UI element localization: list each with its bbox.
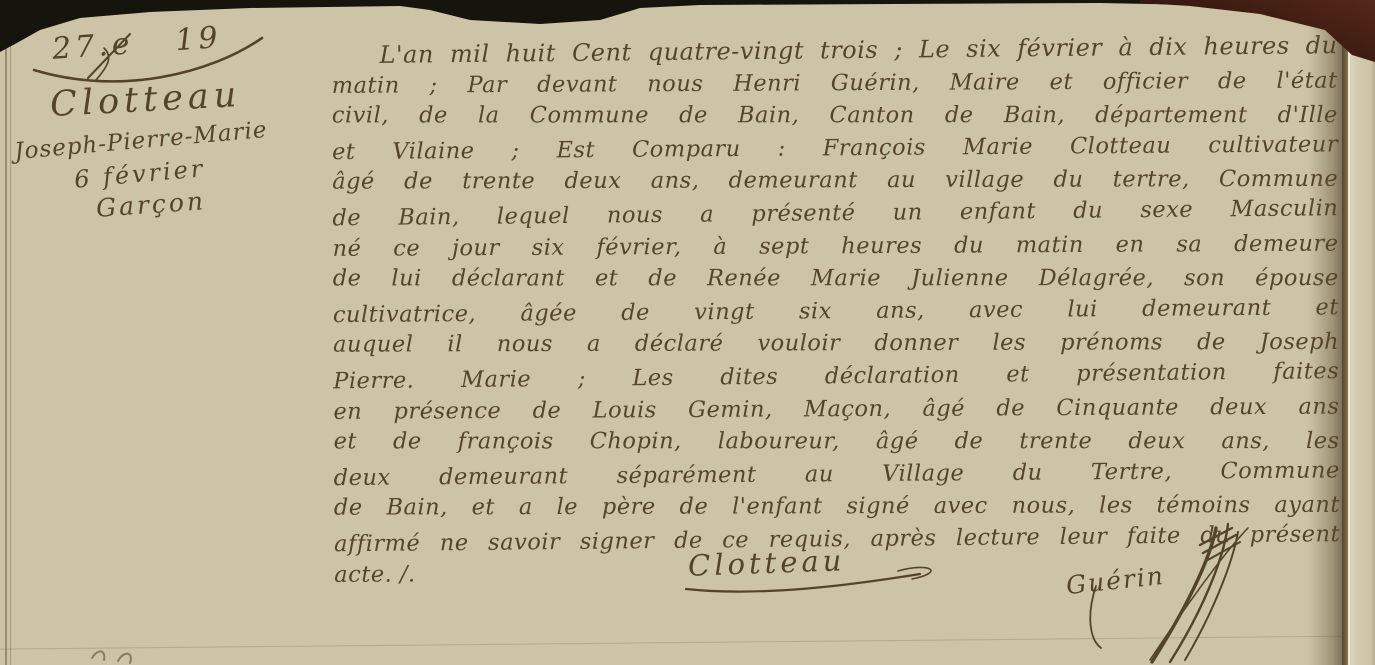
- act-text-line: de Bain, et a le père de l'enfant signé …: [334, 490, 1340, 524]
- act-text-line: de lui déclarant et de Renée Marie Julie…: [333, 263, 1339, 294]
- act-text-line: matin ; Par devant nous Henri Guérin, Ma…: [332, 65, 1338, 101]
- act-text-line: auquel il nous a déclaré vouloir donner …: [333, 327, 1339, 361]
- next-page-edge-highlight: [1348, 0, 1350, 665]
- act-text-line: civil, de la Commune de Bain, Canton de …: [332, 100, 1338, 131]
- act-text-line: en présence de Louis Gemin, Maçon, âgé d…: [333, 391, 1339, 427]
- act-text-line: et de françois Chopin, laboureur, âgé de…: [334, 426, 1340, 457]
- act-text-line: âgé de trente deux ans, demeurant au vil…: [332, 164, 1338, 198]
- act-text-line: cultivatrice, âgée de vingt six ans, ave…: [333, 292, 1339, 331]
- declarant-signature: Clotteau: [687, 543, 845, 582]
- act-text-line: né ce jour six février, à sept heures du…: [332, 228, 1338, 264]
- act-text-line: deux demeurant séparément au Village du …: [334, 455, 1340, 494]
- act-text-line: et Vilaine ; Est Comparu : François Mari…: [332, 129, 1338, 168]
- next-page-sliver: [1348, 0, 1375, 665]
- register-page-scan: 27.e 19 Clotteau Joseph-Pierre-Marie 6 f…: [0, 0, 1375, 665]
- gutter-shadow: [1308, 0, 1342, 665]
